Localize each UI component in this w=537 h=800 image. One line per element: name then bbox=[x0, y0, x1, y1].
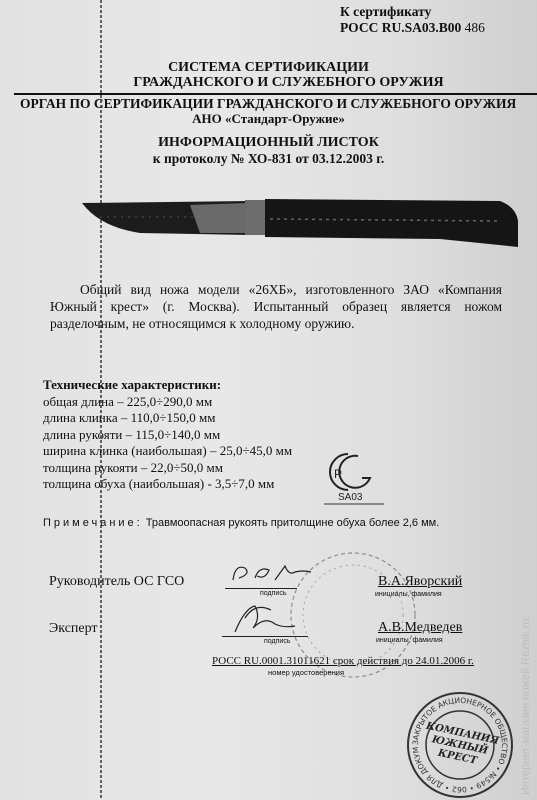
signature-caption: подпись bbox=[264, 638, 290, 645]
note-text: Травмоопасная рукоять притолщине обуха б… bbox=[143, 517, 440, 529]
spec-item: общая длина – 225,0÷290,0 мм bbox=[43, 394, 292, 411]
signature-icon bbox=[225, 562, 315, 586]
note-label: Примечание: bbox=[43, 517, 143, 529]
signature-line bbox=[222, 636, 308, 637]
conformity-mark-code: SA03 bbox=[338, 492, 363, 503]
knife-photo-icon bbox=[80, 195, 520, 250]
name-caption: инициалы, фамилия bbox=[375, 591, 442, 598]
system-title-line1: СИСТЕМА СЕРТИФИКАЦИИ bbox=[0, 60, 537, 75]
spec-item: толщина обуха (наибольшая) - 3,5÷7,0 мм bbox=[43, 476, 292, 493]
scanned-document-page: К сертификату РОСС RU.SA03.B00 486 СИСТЕ… bbox=[0, 0, 537, 800]
spec-item: длина рукояти – 115,0÷140,0 мм bbox=[43, 427, 292, 444]
header-divider bbox=[14, 93, 537, 95]
signatory-name: А.В.Медведев bbox=[378, 620, 462, 636]
certificate-number: РОСС RU.SA03.B00 486 bbox=[340, 20, 485, 36]
signature-icon bbox=[225, 598, 315, 638]
company-stamp-icon: ЗАКРЫТОЕ АКЦИОНЕРНОЕ ОБЩЕСТВО • №549 • 0… bbox=[405, 690, 515, 800]
knife-description: Общий вид ножа модели «26ХБ», изготовлен… bbox=[50, 281, 502, 332]
signatory-name: В.А.Яворский bbox=[378, 574, 462, 590]
spec-item: длина клинка – 110,0÷150,0 мм bbox=[43, 410, 292, 427]
signature-caption: подпись bbox=[260, 590, 286, 597]
certificate-reference: К сертификату РОСС RU.SA03.B00 486 bbox=[340, 4, 485, 36]
signatory-role: Эксперт bbox=[49, 621, 98, 637]
protocol-reference: к протоколу № ХО-831 от 03.12.2003 г. bbox=[0, 151, 537, 167]
certificate-reference-label: К сертификату bbox=[340, 4, 485, 20]
organization-name: АНО «Стандарт-Оружие» bbox=[0, 111, 537, 126]
certification-organ: ОРГАН ПО СЕРТИФИКАЦИИ ГРАЖДАНСКОГО И СЛУ… bbox=[20, 96, 537, 111]
name-caption: инициалы, фамилия bbox=[376, 637, 443, 644]
registration-caption: номер удостоверения bbox=[268, 668, 344, 677]
note: Примечание: Травмоопасная рукоять притол… bbox=[43, 517, 439, 529]
watermark: Интернет-магазин ножей Rezhik.ru bbox=[520, 618, 532, 795]
document-title: ИНФОРМАЦИОННЫЙ ЛИСТОК bbox=[0, 135, 537, 151]
system-title-line2: ГРАЖДАНСКОГО И СЛУЖЕБНОГО ОРУЖИЯ bbox=[0, 75, 537, 90]
technical-specs: Технические характеристики: общая длина … bbox=[43, 377, 292, 493]
registration-number: РОСС RU.0001.31011621 срок действия до 2… bbox=[212, 655, 474, 667]
conformity-mark-icon: P SA03 bbox=[318, 450, 388, 506]
signature-line bbox=[225, 588, 297, 589]
spec-item: ширина клинка (наибольшая) – 25,0÷45,0 м… bbox=[43, 443, 292, 460]
spec-item: толщина рукояти – 22,0÷50,0 мм bbox=[43, 460, 292, 477]
svg-text:P: P bbox=[334, 467, 342, 481]
specs-title: Технические характеристики: bbox=[43, 377, 292, 394]
signatory-role: Руководитель ОС ГСО bbox=[49, 574, 184, 590]
